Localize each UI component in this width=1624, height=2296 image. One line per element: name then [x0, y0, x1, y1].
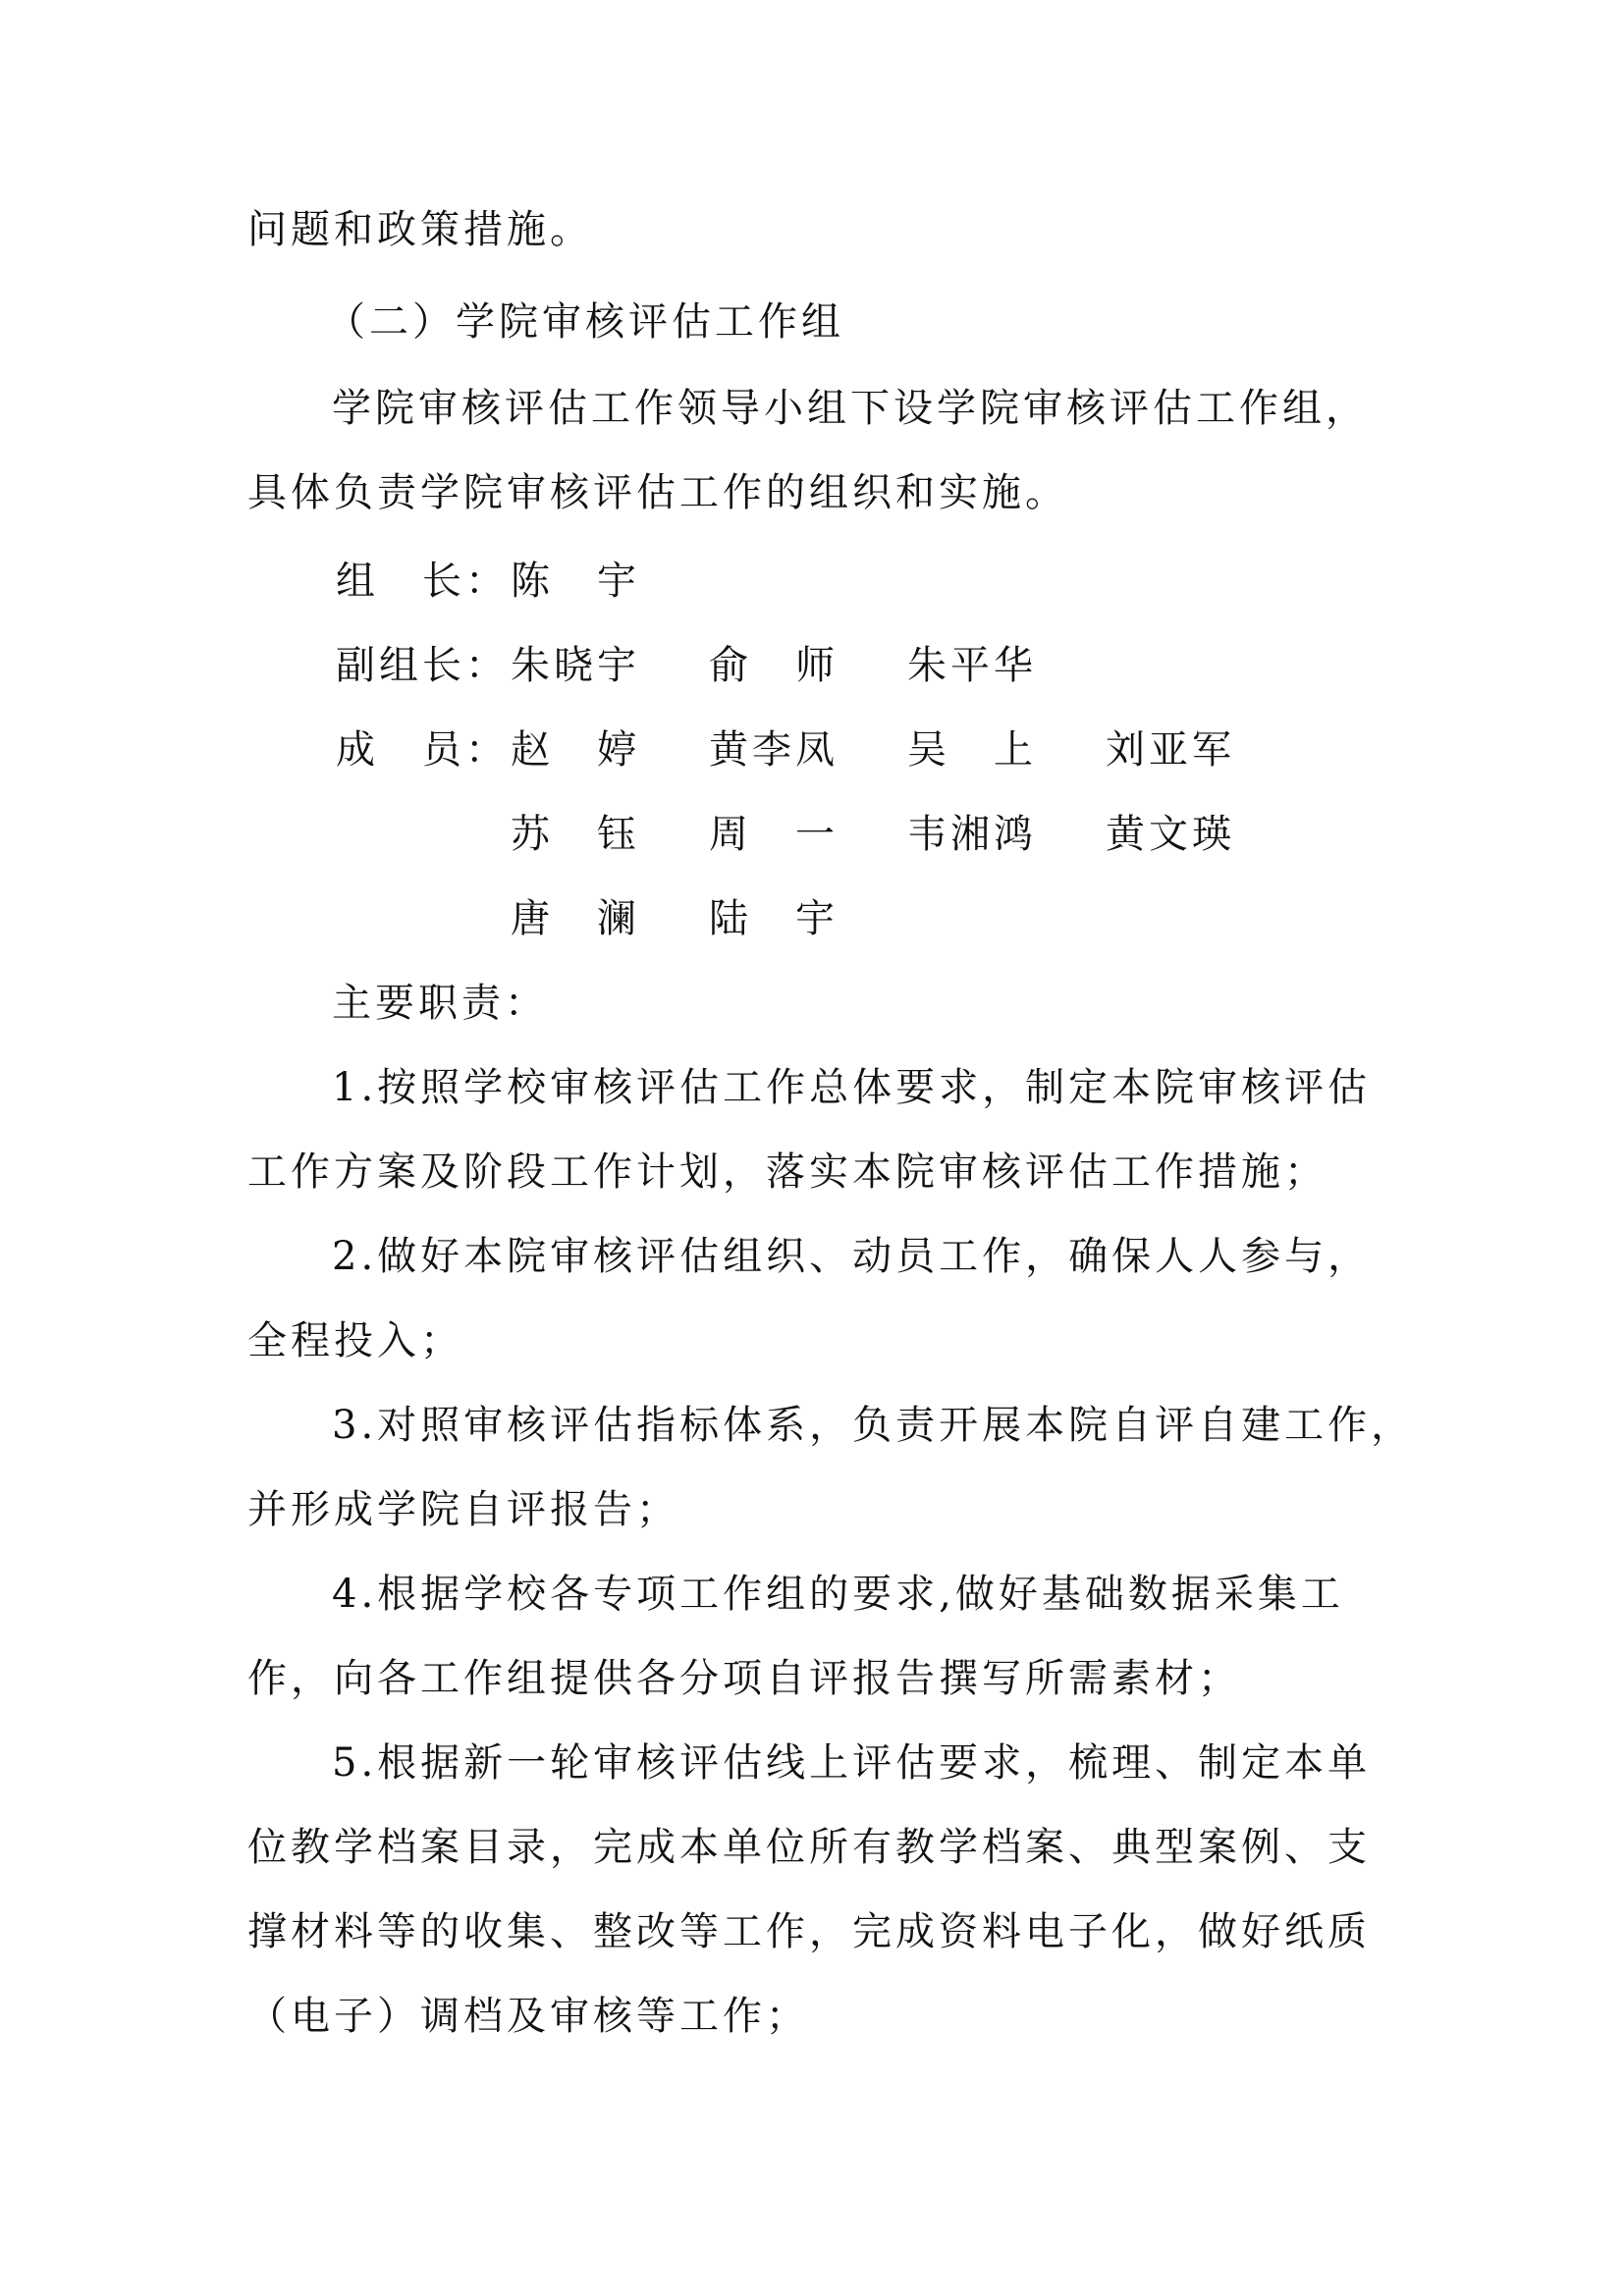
deputy-name: 朱晓宇 [511, 642, 640, 689]
duty-1-line-1: 1.按照学校审核评估工作总体要求，制定本院审核评估 [332, 1064, 1371, 1111]
member-name: 吴 上 [907, 726, 1037, 774]
leader-name: 陈 宇 [511, 558, 640, 605]
member-name: 黄李凤 [709, 726, 839, 774]
duty-2-line-2: 全程投入； [247, 1317, 463, 1364]
member-name: 周 一 [709, 811, 839, 858]
duty-5-line-1: 5.根据新一轮审核评估线上评估要求，梳理、制定本单 [332, 1739, 1371, 1787]
deputy-name: 朱平华 [907, 642, 1037, 689]
member-name: 唐 澜 [511, 895, 640, 942]
duty-2-line-1: 2.做好本院审核评估组织、动员工作，确保人人参与， [332, 1233, 1371, 1280]
duty-3-line-1: 3.对照审核评估指标体系，负责开展本院自评自建工作， [332, 1402, 1414, 1449]
duty-5-line-3: 撑材料等的收集、整改等工作，完成资料电子化，做好纸质 [247, 1908, 1371, 1955]
member-name: 赵 婷 [511, 726, 640, 774]
duties-heading: 主要职责： [332, 980, 548, 1027]
description-line-2: 具体负责学院审核评估工作的组织和实施。 [247, 469, 1068, 516]
deputy-label: 副组长： [336, 642, 509, 689]
member-name: 黄文瑛 [1106, 811, 1235, 858]
members-label: 成 员： [336, 726, 509, 774]
member-name: 苏 钰 [511, 811, 640, 858]
leader-label: 组 长： [336, 558, 509, 605]
section-heading: （二）学院审核评估工作组 [326, 298, 844, 346]
duty-4-line-1: 4.根据学校各专项工作组的要求,做好基础数据采集工 [332, 1571, 1344, 1618]
description-line-1: 学院审核评估工作领导小组下设学院审核评估工作组， [332, 385, 1369, 432]
member-name: 刘亚军 [1106, 726, 1235, 774]
duty-3-line-2: 并形成学院自评报告； [247, 1486, 679, 1533]
member-name: 韦湘鸿 [907, 811, 1037, 858]
member-name: 陆 宇 [709, 895, 839, 942]
duty-1-line-2: 工作方案及阶段工作计划，落实本院审核评估工作措施； [247, 1148, 1327, 1196]
duty-5-line-2: 位教学档案目录，完成本单位所有教学档案、典型案例、支 [247, 1824, 1371, 1871]
intro-tail-text: 问题和政策措施。 [247, 206, 593, 253]
duty-4-line-2: 作，向各工作组提供各分项自评报告撰写所需素材； [247, 1655, 1241, 1702]
deputy-name: 俞 师 [709, 642, 839, 689]
duty-5-line-4: （电子）调档及审核等工作； [247, 1993, 809, 2040]
document-page: 问题和政策措施。 （二）学院审核评估工作组 学院审核评估工作领导小组下设学院审核… [0, 0, 1624, 2296]
